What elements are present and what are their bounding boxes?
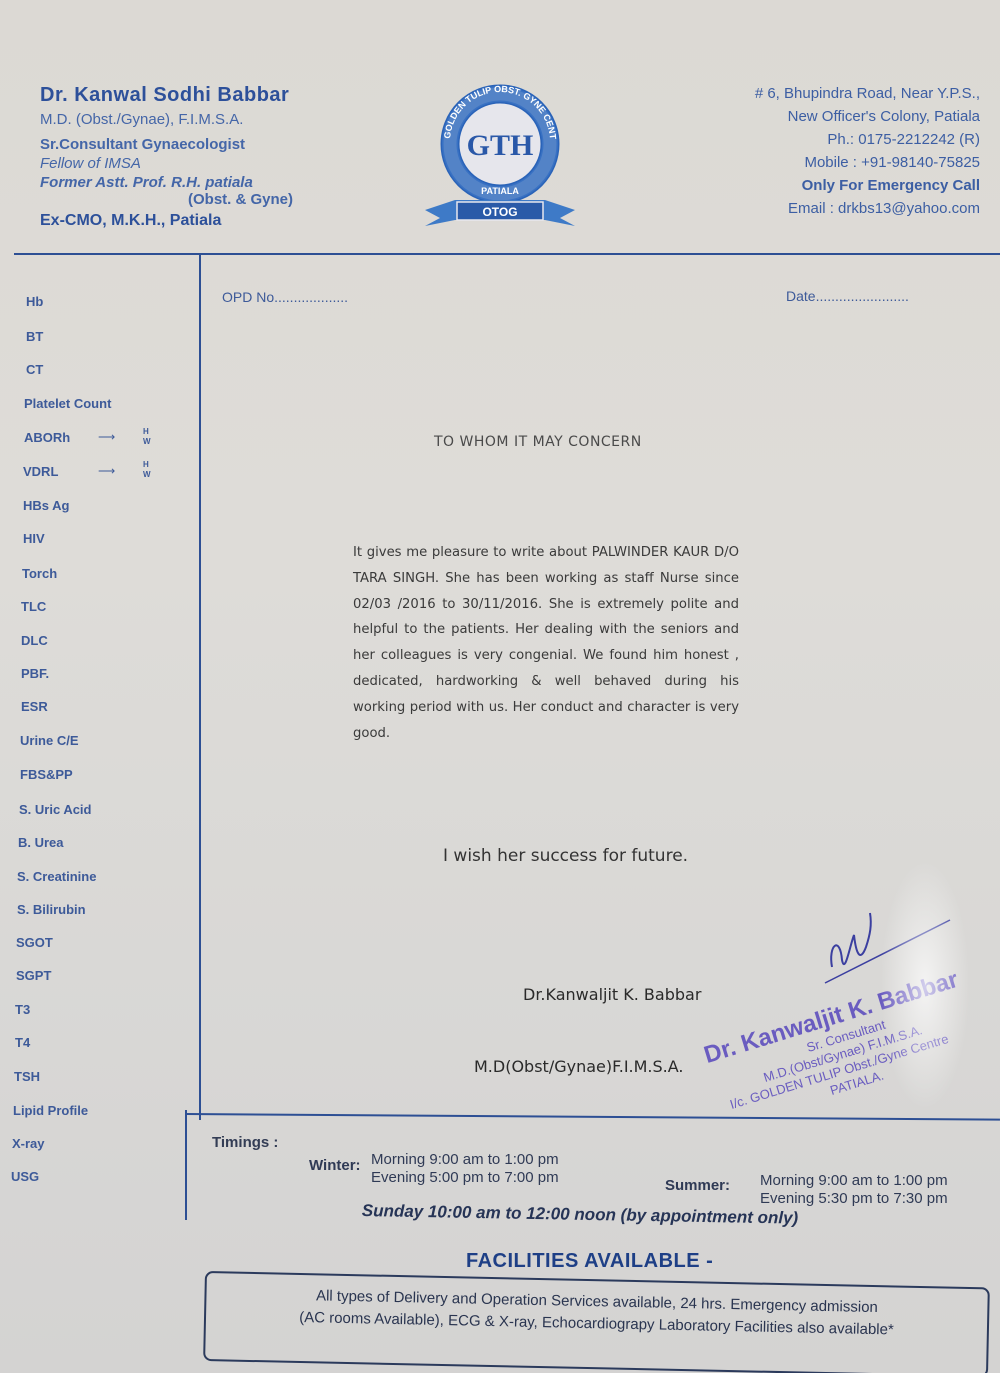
test-item: T3 xyxy=(15,1002,30,1017)
svg-text:PATIALA: PATIALA xyxy=(481,186,519,196)
wife-mark: W xyxy=(143,470,151,480)
clinic-contact: # 6, Bhupindra Road, Near Y.P.S., New Of… xyxy=(755,82,980,220)
test-item: SGOT xyxy=(16,935,53,950)
doctor-former-dept: (Obst. & Gyne) xyxy=(40,191,293,208)
test-item: FBS&PP xyxy=(20,767,73,782)
test-item: SGPT xyxy=(16,968,51,983)
test-item: Platelet Count xyxy=(24,396,111,411)
letter-closing: I wish her success for future. xyxy=(443,846,688,866)
facilities-box: All types of Delivery and Operation Serv… xyxy=(203,1271,990,1373)
test-item: Torch xyxy=(22,566,57,581)
test-item: PBF. xyxy=(21,666,49,681)
arrow-right-icon: ⟶ xyxy=(98,430,115,444)
winter-evening: Evening 5:00 pm to 7:00 pm xyxy=(371,1169,559,1187)
gth-emblem-icon: GTH GOLDEN TULIP OBST. GYNE CENTRE PATIA… xyxy=(415,82,585,232)
letterhead-page: Dr. Kanwal Sodhi Babbar M.D. (Obst./Gyna… xyxy=(0,0,1000,1373)
address-line-1: # 6, Bhupindra Road, Near Y.P.S., xyxy=(755,82,980,105)
date-field[interactable]: Date........................ xyxy=(786,288,909,304)
doctor-ex-post: Ex-CMO, M.K.H., Patiala xyxy=(40,212,293,230)
winter-morning: Morning 9:00 am to 1:00 pm xyxy=(371,1151,559,1169)
clinic-logo: GTH GOLDEN TULIP OBST. GYNE CENTRE PATIA… xyxy=(415,82,585,232)
timings-label: Timings : xyxy=(212,1134,278,1151)
test-item: VDRL xyxy=(23,464,58,479)
doctor-former-post: Former Astt. Prof. R.H. patiala xyxy=(40,174,293,191)
test-item: B. Urea xyxy=(18,835,64,850)
footer-divider xyxy=(186,1113,1000,1121)
test-item: HIV xyxy=(23,531,45,546)
doctor-designation: Sr.Consultant Gynaecologist xyxy=(40,136,293,153)
test-item: USG xyxy=(11,1169,39,1184)
address-line-2: New Officer's Colony, Patiala xyxy=(755,105,980,128)
test-item: DLC xyxy=(21,633,48,648)
summer-morning: Morning 9:00 am to 1:00 pm xyxy=(760,1172,948,1190)
test-item: HBs Ag xyxy=(23,498,69,513)
test-item: T4 xyxy=(15,1035,30,1050)
emergency-note: Only For Emergency Call xyxy=(755,174,980,197)
mobile-number: Mobile : +91-98140-75825 xyxy=(755,151,980,174)
facilities-text: All types of Delivery and Operation Serv… xyxy=(206,1283,988,1343)
sunday-timings: Sunday 10:00 am to 12:00 noon (by appoin… xyxy=(362,1201,799,1229)
test-item: TSH xyxy=(14,1069,40,1084)
test-item: S. Bilirubin xyxy=(17,902,86,917)
signatory-qualification: M.D(Obst/Gynae)F.I.M.S.A. xyxy=(474,1057,684,1076)
letter-body: It gives me pleasure to write about PALW… xyxy=(353,540,739,746)
sidebar-divider-bottom xyxy=(185,1110,187,1220)
husband-mark: H xyxy=(143,460,151,470)
test-item: S. Uric Acid xyxy=(19,802,91,817)
doctor-qualification: M.D. (Obst./Gynae), F.I.M.S.A. xyxy=(40,111,293,128)
test-item: Hb xyxy=(26,294,43,309)
photo-glare xyxy=(880,860,970,1110)
email-address: Email : drkbs13@yahoo.com xyxy=(755,197,980,220)
arrow-right-icon: ⟶ xyxy=(98,464,115,478)
husband-mark: H xyxy=(143,427,151,437)
svg-text:GTH: GTH xyxy=(467,129,534,162)
test-item: BT xyxy=(26,329,43,344)
doctor-details: Dr. Kanwal Sodhi Babbar M.D. (Obst./Gyna… xyxy=(40,84,293,230)
sidebar-divider-top xyxy=(199,254,201,1120)
summer-timings: Morning 9:00 am to 1:00 pm Evening 5:30 … xyxy=(760,1172,948,1208)
phone-number: Ph.: 0175-2212242 (R) xyxy=(755,128,980,151)
test-item: Urine C/E xyxy=(20,733,79,748)
winter-label: Winter: xyxy=(309,1157,361,1174)
test-item: ESR xyxy=(21,699,48,714)
doctor-name: Dr. Kanwal Sodhi Babbar xyxy=(40,84,293,107)
test-item: ABORh xyxy=(24,430,70,445)
test-item: S. Creatinine xyxy=(17,869,96,884)
summer-label: Summer: xyxy=(665,1177,730,1194)
facilities-title: FACILITIES AVAILABLE - xyxy=(466,1250,713,1273)
summer-evening: Evening 5:30 pm to 7:30 pm xyxy=(760,1190,948,1208)
opd-number-field[interactable]: OPD No................... xyxy=(222,289,348,305)
hw-marks: H W xyxy=(143,460,151,480)
test-item: X-ray xyxy=(12,1136,45,1151)
letter-heading: TO WHOM IT MAY CONCERN xyxy=(434,434,642,450)
test-item: TLC xyxy=(21,599,46,614)
header-divider xyxy=(14,253,1000,255)
test-item: Lipid Profile xyxy=(13,1103,88,1118)
svg-text:OTOG: OTOG xyxy=(482,205,517,219)
winter-timings: Morning 9:00 am to 1:00 pm Evening 5:00 … xyxy=(371,1151,559,1187)
doctor-fellowship: Fellow of IMSA xyxy=(40,155,293,172)
test-item: CT xyxy=(26,362,43,377)
wife-mark: W xyxy=(143,437,151,447)
hw-marks: H W xyxy=(143,427,151,447)
